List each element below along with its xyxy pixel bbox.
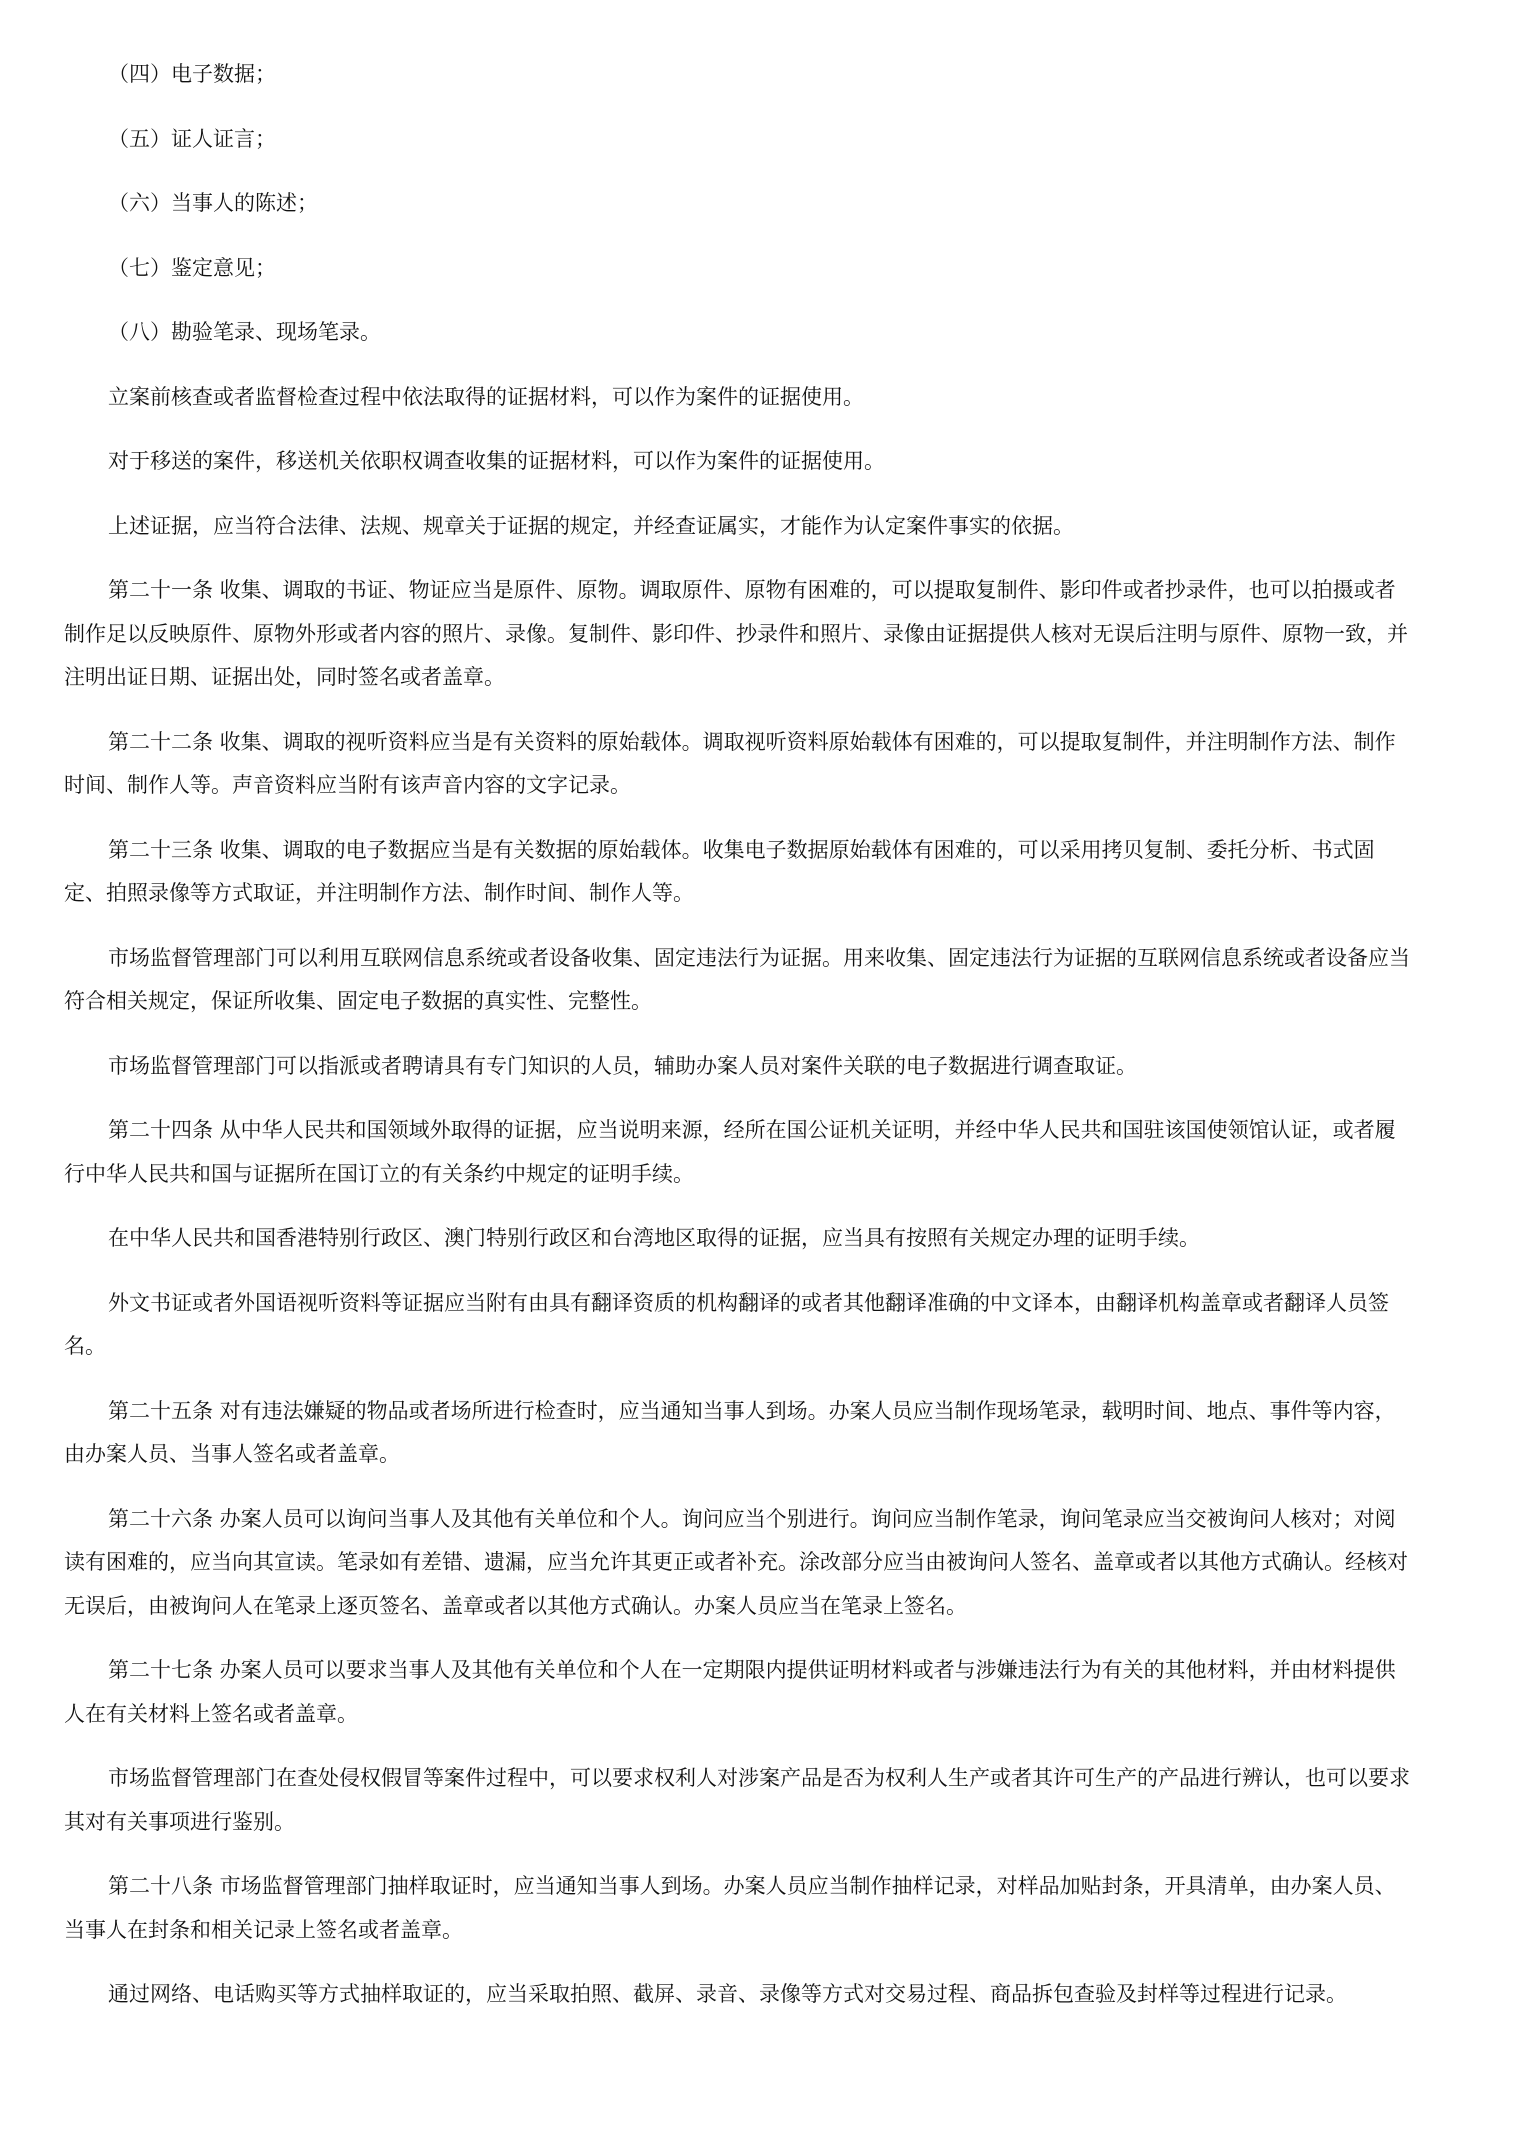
text-line: （八）勘验笔录、现场笔录。 xyxy=(64,311,1450,355)
text-line: 制作足以反映原件、原物外形或者内容的照片、录像。复制件、影印件、抄录件和照片、录… xyxy=(64,613,1450,657)
article-paragraph: 第二十五条 对有违法嫌疑的物品或者场所进行检查时，应当通知当事人到场。办案人员应… xyxy=(64,1390,1450,1477)
evidence-list-item: （四）电子数据； xyxy=(64,53,1450,97)
text-line: 人在有关材料上签名或者盖章。 xyxy=(64,1693,1450,1737)
body-paragraph: 上述证据，应当符合法律、法规、规章关于证据的规定，并经查证属实，才能作为认定案件… xyxy=(64,505,1450,549)
text-line: 第二十一条 收集、调取的书证、物证应当是原件、原物。调取原件、原物有困难的，可以… xyxy=(64,569,1450,613)
text-line: 读有困难的，应当向其宣读。笔录如有差错、遗漏，应当允许其更正或者补充。涂改部分应… xyxy=(64,1541,1450,1585)
text-line: 市场监督管理部门可以利用互联网信息系统或者设备收集、固定违法行为证据。用来收集、… xyxy=(64,937,1450,981)
document-page: （四）电子数据；（五）证人证言；（六）当事人的陈述；（七）鉴定意见；（八）勘验笔… xyxy=(0,0,1520,2150)
text-line: 第二十七条 办案人员可以要求当事人及其他有关单位和个人在一定期限内提供证明材料或… xyxy=(64,1649,1450,1693)
text-line: 上述证据，应当符合法律、法规、规章关于证据的规定，并经查证属实，才能作为认定案件… xyxy=(64,505,1450,549)
body-paragraph: 市场监督管理部门可以利用互联网信息系统或者设备收集、固定违法行为证据。用来收集、… xyxy=(64,937,1450,1024)
evidence-list-item: （八）勘验笔录、现场笔录。 xyxy=(64,311,1450,355)
text-line: 行中华人民共和国与证据所在国订立的有关条约中规定的证明手续。 xyxy=(64,1153,1450,1197)
evidence-list-item: （五）证人证言； xyxy=(64,118,1450,162)
evidence-list-item: （六）当事人的陈述； xyxy=(64,182,1450,226)
text-line: 名。 xyxy=(64,1325,1450,1369)
body-paragraph: 立案前核查或者监督检查过程中依法取得的证据材料，可以作为案件的证据使用。 xyxy=(64,376,1450,420)
article-paragraph: 第二十六条 办案人员可以询问当事人及其他有关单位和个人。询问应当个别进行。询问应… xyxy=(64,1498,1450,1629)
text-line: 对于移送的案件，移送机关依职权调查收集的证据材料，可以作为案件的证据使用。 xyxy=(64,440,1450,484)
text-line: 第二十六条 办案人员可以询问当事人及其他有关单位和个人。询问应当个别进行。询问应… xyxy=(64,1498,1450,1542)
text-line: 第二十八条 市场监督管理部门抽样取证时，应当通知当事人到场。办案人员应当制作抽样… xyxy=(64,1865,1450,1909)
text-line: 时间、制作人等。声音资料应当附有该声音内容的文字记录。 xyxy=(64,764,1450,808)
body-paragraph: 对于移送的案件，移送机关依职权调查收集的证据材料，可以作为案件的证据使用。 xyxy=(64,440,1450,484)
body-paragraph: 在中华人民共和国香港特别行政区、澳门特别行政区和台湾地区取得的证据，应当具有按照… xyxy=(64,1217,1450,1261)
document-body: （四）电子数据；（五）证人证言；（六）当事人的陈述；（七）鉴定意见；（八）勘验笔… xyxy=(64,53,1450,2038)
text-line: 第二十二条 收集、调取的视听资料应当是有关资料的原始载体。调取视听资料原始载体有… xyxy=(64,721,1450,765)
text-line: 第二十四条 从中华人民共和国领域外取得的证据，应当说明来源，经所在国公证机关证明… xyxy=(64,1109,1450,1153)
text-line: （五）证人证言； xyxy=(64,118,1450,162)
text-line: （六）当事人的陈述； xyxy=(64,182,1450,226)
body-paragraph: 市场监督管理部门可以指派或者聘请具有专门知识的人员，辅助办案人员对案件关联的电子… xyxy=(64,1045,1450,1089)
text-line: 第二十五条 对有违法嫌疑的物品或者场所进行检查时，应当通知当事人到场。办案人员应… xyxy=(64,1390,1450,1434)
body-paragraph: 外文书证或者外国语视听资料等证据应当附有由具有翻译资质的机构翻译的或者其他翻译准… xyxy=(64,1282,1450,1369)
text-line: （七）鉴定意见； xyxy=(64,247,1450,291)
body-paragraph: 通过网络、电话购买等方式抽样取证的，应当采取拍照、截屏、录音、录像等方式对交易过… xyxy=(64,1973,1450,2017)
article-paragraph: 第二十三条 收集、调取的电子数据应当是有关数据的原始载体。收集电子数据原始载体有… xyxy=(64,829,1450,916)
text-line: 当事人在封条和相关记录上签名或者盖章。 xyxy=(64,1909,1450,1953)
text-line: 通过网络、电话购买等方式抽样取证的，应当采取拍照、截屏、录音、录像等方式对交易过… xyxy=(64,1973,1450,2017)
text-line: 第二十三条 收集、调取的电子数据应当是有关数据的原始载体。收集电子数据原始载体有… xyxy=(64,829,1450,873)
text-line: 立案前核查或者监督检查过程中依法取得的证据材料，可以作为案件的证据使用。 xyxy=(64,376,1450,420)
text-line: 无误后，由被询问人在笔录上逐页签名、盖章或者以其他方式确认。办案人员应当在笔录上… xyxy=(64,1585,1450,1629)
article-paragraph: 第二十一条 收集、调取的书证、物证应当是原件、原物。调取原件、原物有困难的，可以… xyxy=(64,569,1450,700)
article-paragraph: 第二十七条 办案人员可以要求当事人及其他有关单位和个人在一定期限内提供证明材料或… xyxy=(64,1649,1450,1736)
text-line: 由办案人员、当事人签名或者盖章。 xyxy=(64,1433,1450,1477)
article-paragraph: 第二十四条 从中华人民共和国领域外取得的证据，应当说明来源，经所在国公证机关证明… xyxy=(64,1109,1450,1196)
evidence-list-item: （七）鉴定意见； xyxy=(64,247,1450,291)
body-paragraph: 市场监督管理部门在查处侵权假冒等案件过程中，可以要求权利人对涉案产品是否为权利人… xyxy=(64,1757,1450,1844)
text-line: （四）电子数据； xyxy=(64,53,1450,97)
text-line: 定、拍照录像等方式取证，并注明制作方法、制作时间、制作人等。 xyxy=(64,872,1450,916)
text-line: 符合相关规定，保证所收集、固定电子数据的真实性、完整性。 xyxy=(64,980,1450,1024)
article-paragraph: 第二十八条 市场监督管理部门抽样取证时，应当通知当事人到场。办案人员应当制作抽样… xyxy=(64,1865,1450,1952)
text-line: 市场监督管理部门可以指派或者聘请具有专门知识的人员，辅助办案人员对案件关联的电子… xyxy=(64,1045,1450,1089)
text-line: 注明出证日期、证据出处，同时签名或者盖章。 xyxy=(64,656,1450,700)
text-line: 外文书证或者外国语视听资料等证据应当附有由具有翻译资质的机构翻译的或者其他翻译准… xyxy=(64,1282,1450,1326)
text-line: 市场监督管理部门在查处侵权假冒等案件过程中，可以要求权利人对涉案产品是否为权利人… xyxy=(64,1757,1450,1801)
text-line: 其对有关事项进行鉴别。 xyxy=(64,1801,1450,1845)
text-line: 在中华人民共和国香港特别行政区、澳门特别行政区和台湾地区取得的证据，应当具有按照… xyxy=(64,1217,1450,1261)
article-paragraph: 第二十二条 收集、调取的视听资料应当是有关资料的原始载体。调取视听资料原始载体有… xyxy=(64,721,1450,808)
